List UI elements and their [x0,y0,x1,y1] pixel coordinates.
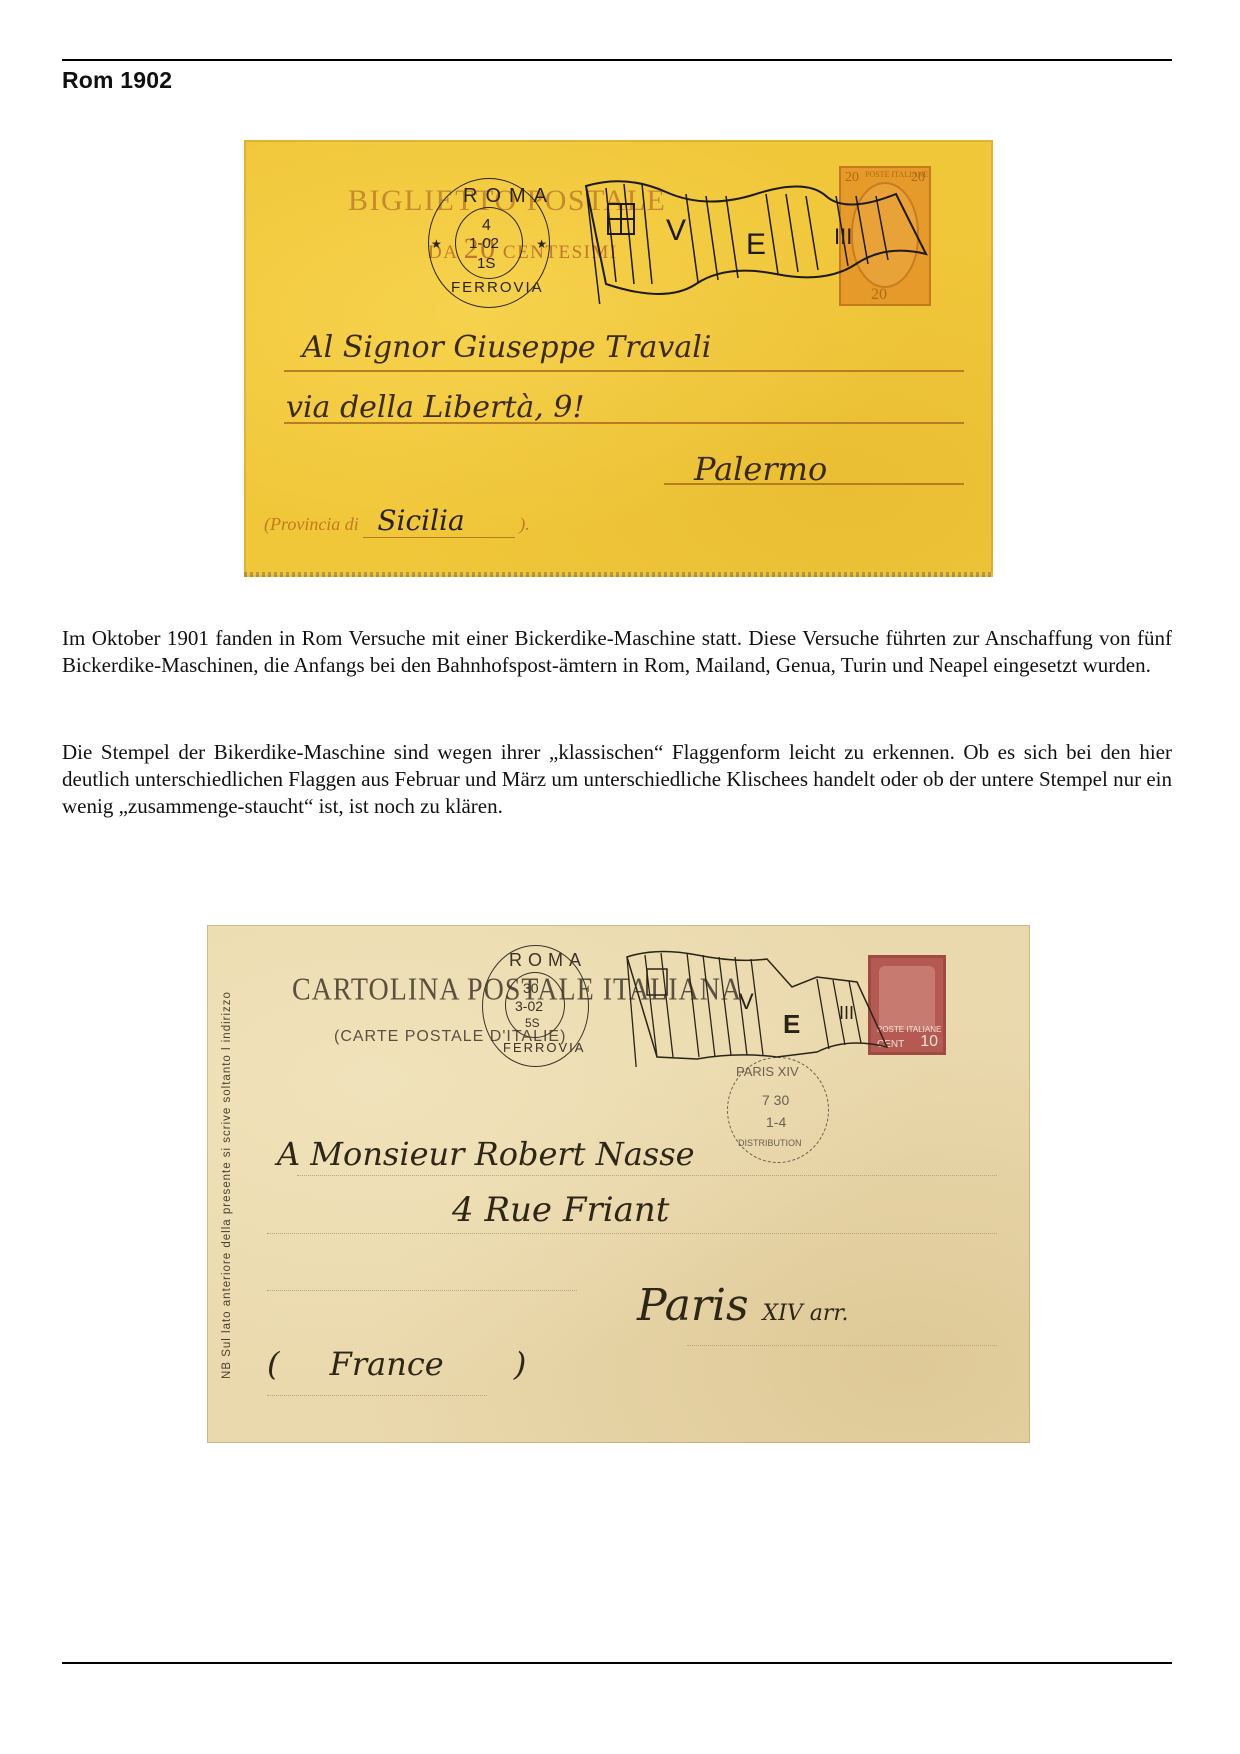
address-rule [267,1290,577,1291]
card2-address-line2: 4 Rue Friant [452,1190,669,1230]
paragraph-1: Im Oktober 1901 fanden in Rom Versuche m… [62,625,1172,679]
city-name: Paris [637,1280,749,1331]
svg-text:E: E [783,1009,800,1039]
postmark-station: FERROVIA [451,279,544,296]
paragraph-2: Die Stempel der Bikerdike-Maschine sind … [62,739,1172,820]
province-value: Sicilia [363,504,514,538]
footer-rule [62,1662,1172,1664]
star-icon: ★ [431,237,442,251]
card2-country: ( France ) [267,1345,526,1383]
province-close: ). [519,514,530,534]
postmark-date: 1-4 [766,1114,786,1130]
postmark-station: FERROVIA [503,1040,585,1055]
letter-card-image: BIGLIETTO POSTALE DA 20 CENTESIMI 20 20 … [244,140,993,577]
page-title: Rom 1902 [62,67,172,94]
card2-address-city: Paris XIV arr. [637,1280,849,1331]
arrondissement: XIV arr. [763,1301,849,1326]
card1-flag-cancel-icon: V E III [566,174,966,304]
postcard-image: NB Sul lato anteriore della presente si … [207,925,1030,1443]
card2-paris-postmark: PARIS XIV 7 30 1-4 DISTRIBUTION [727,1057,829,1163]
postmark-city: ROMA [509,950,587,971]
postmark-line3: 1S [477,255,495,272]
address-rule [664,483,964,485]
stamp-value: 10 [920,1033,938,1051]
country-name: France [290,1345,504,1383]
star-icon: ★ [536,237,547,251]
svg-text:III: III [834,224,852,249]
postmark-date: 1-02 [469,235,499,252]
postmark-time: 30 [523,980,539,996]
side-note-text: NB Sul lato anteriore della presente si … [221,991,233,1379]
svg-text:V: V [666,214,686,247]
svg-text:III: III [839,1003,854,1023]
card2-address-line1: A Monsieur Robert Nasse [277,1135,695,1173]
header-rule [62,59,1172,61]
country-close: ) [514,1345,526,1383]
address-rule [284,422,964,424]
postmark-distribution: DISTRIBUTION [738,1138,802,1148]
card1-address-line1: Al Signor Giuseppe Travali [302,330,711,365]
card1-roma-postmark: ROMA 4 1-02 1S FERROVIA ★ ★ [428,178,550,308]
country-open: ( [267,1345,279,1383]
province-label: (Provincia di [264,514,359,534]
address-rule [267,1233,997,1234]
postmark-line1: 4 [482,217,491,235]
address-rule [687,1345,997,1346]
address-rule [267,1395,487,1396]
postmark-date: 3-02 [515,998,543,1014]
postmark-time: 7 30 [762,1092,789,1108]
card1-province: (Provincia di Sicilia ). [264,504,530,537]
postmark-city: ROMA [463,185,555,208]
svg-text:E: E [746,228,766,261]
card1-address-line2: via della Libertà, 9! [286,390,585,425]
postmark-line3: 5S [525,1016,540,1030]
card2-roma-postmark: ROMA 30 3-02 5S FERROVIA [482,945,589,1067]
card2-flag-cancel-icon: V E III [617,947,897,1067]
card2-side-note: NB Sul lato anteriore della presente si … [217,945,237,1425]
svg-text:V: V [739,989,754,1014]
address-rule [284,370,964,372]
address-rule [297,1175,997,1176]
